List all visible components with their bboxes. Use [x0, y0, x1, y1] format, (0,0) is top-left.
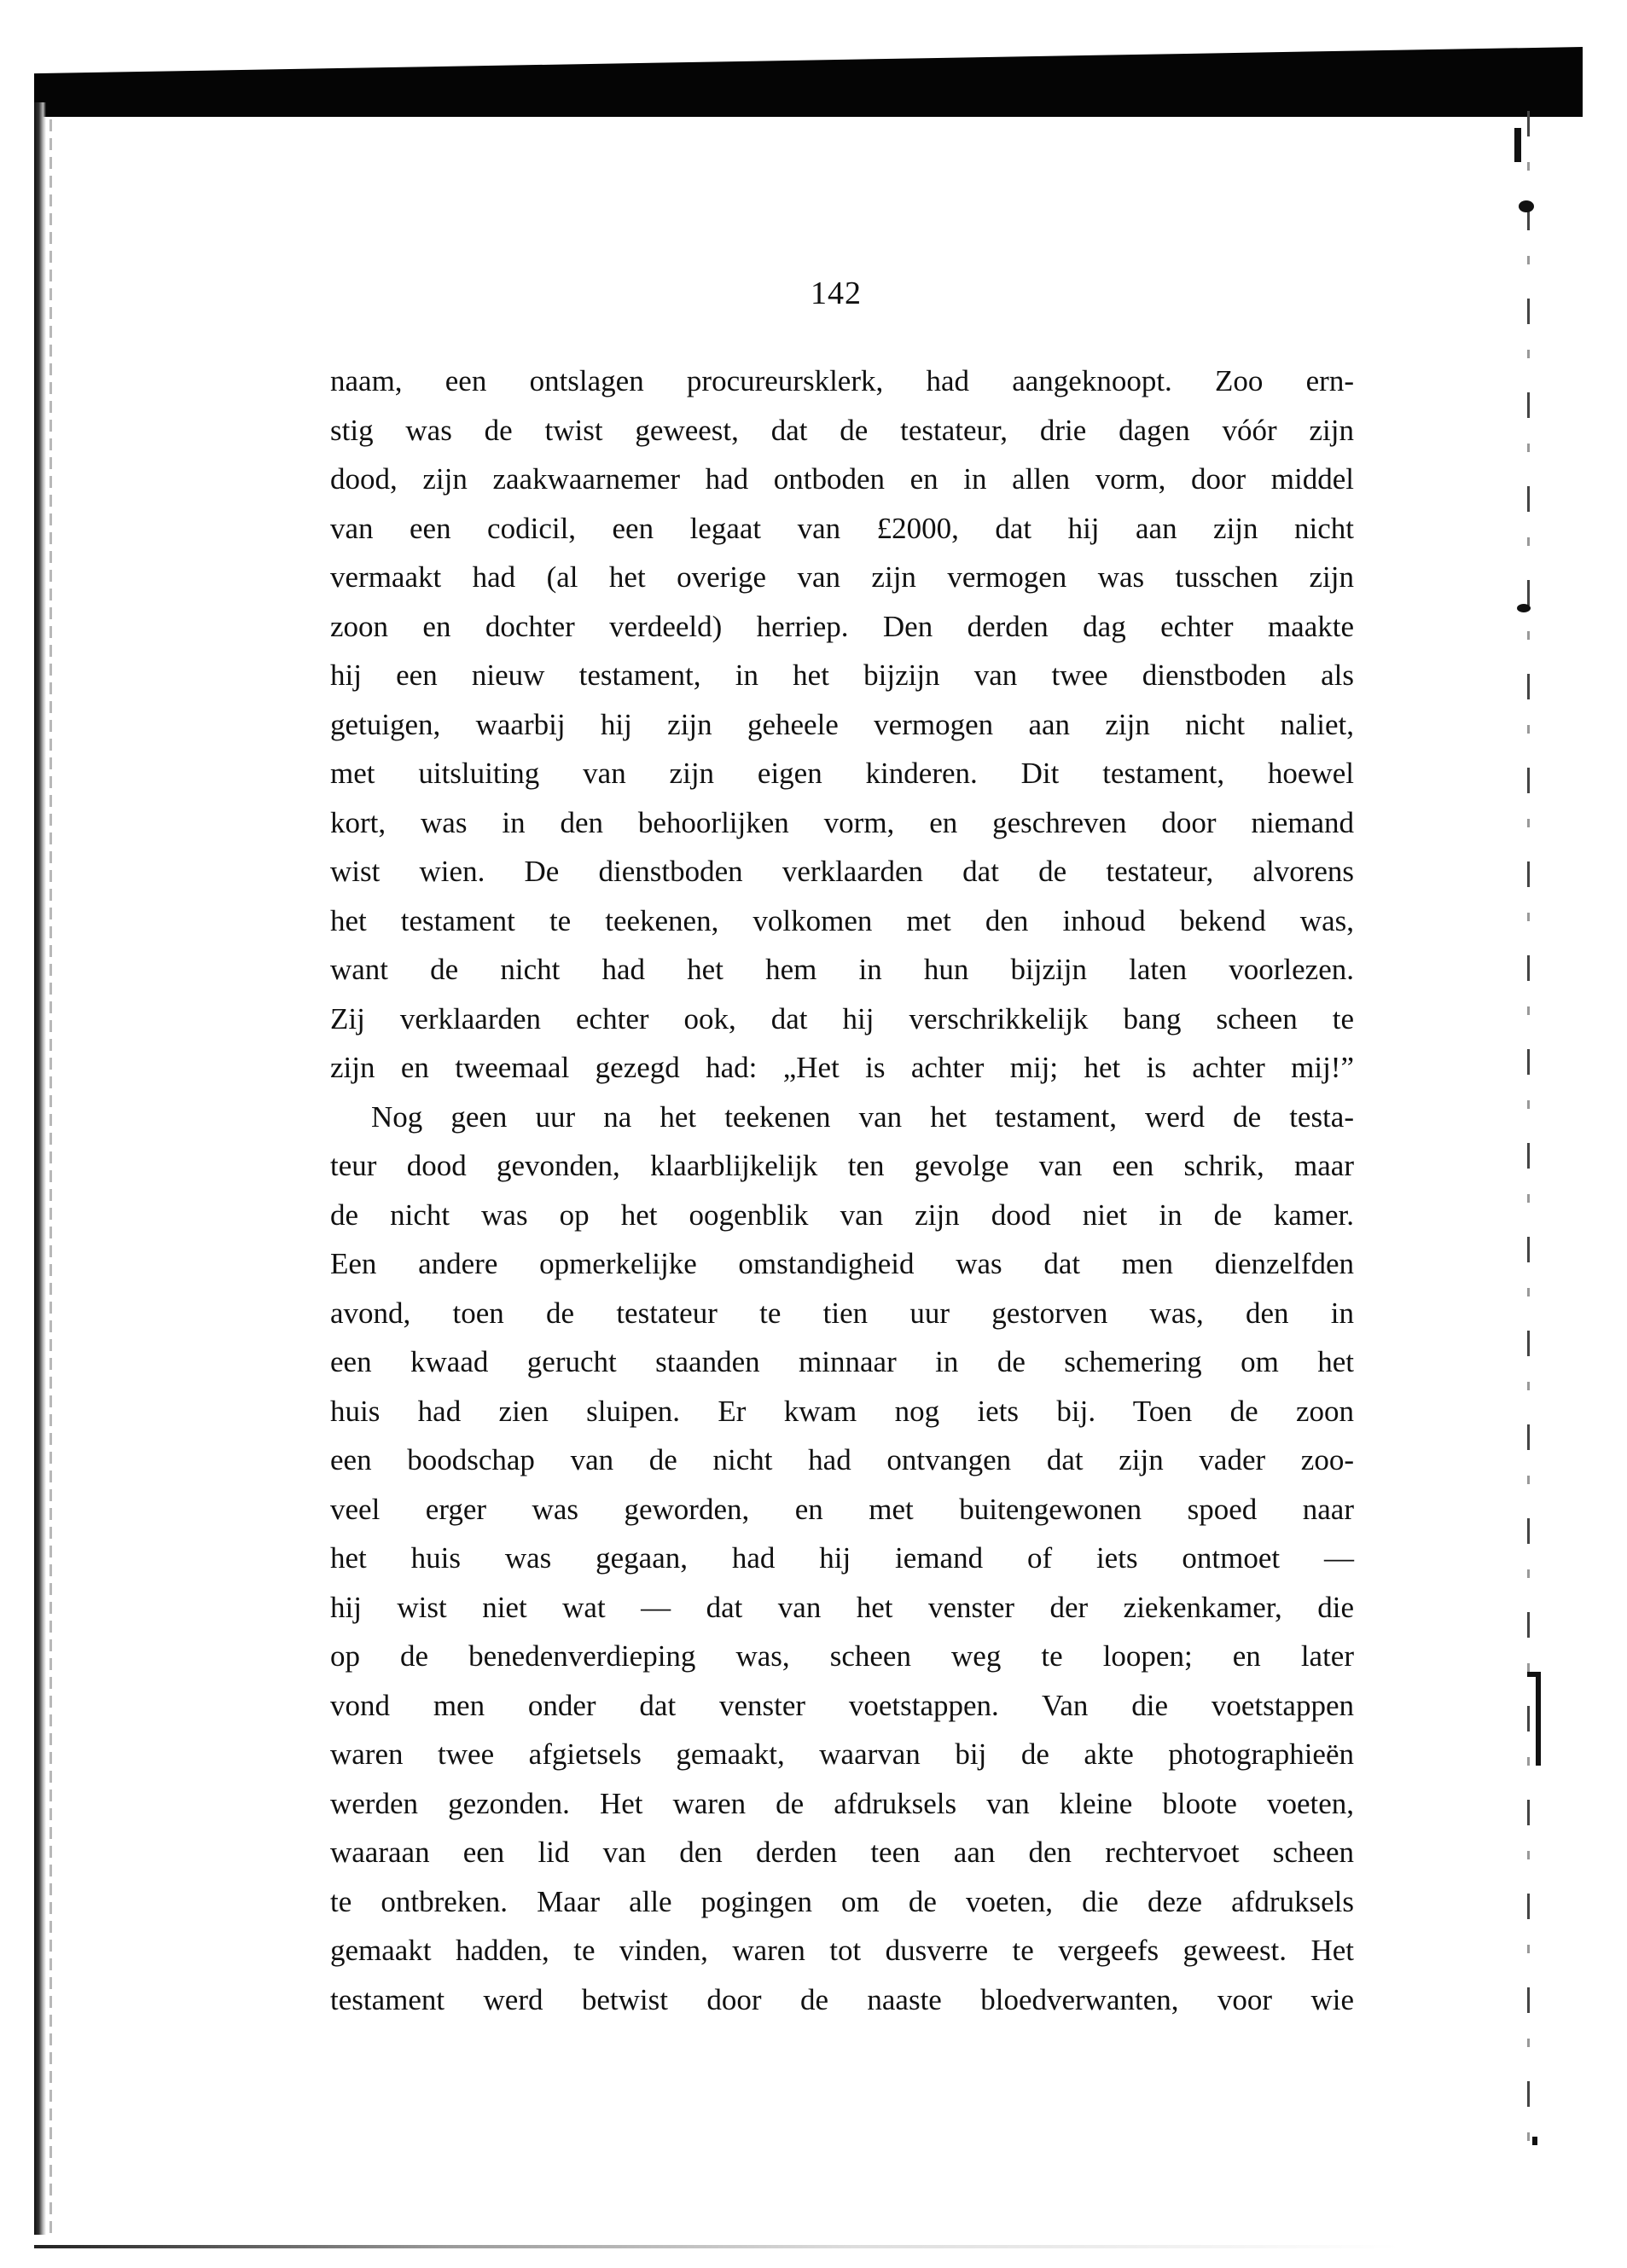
scan-border-right	[1527, 111, 1530, 2158]
text-line: Een andere opmerkelijke omstandigheid wa…	[330, 1239, 1354, 1289]
scan-border-top	[34, 47, 1583, 117]
scan-speck	[1519, 200, 1534, 212]
text-line: stig was de twist geweest, dat de testat…	[330, 406, 1354, 455]
body-text: naam, een ontslagen procureursklerk, had…	[330, 357, 1354, 2024]
scan-speck	[1532, 2137, 1537, 2145]
text-line: naam, een ontslagen procureursklerk, had…	[330, 357, 1354, 406]
text-line: dood, zijn zaakwaarnemer had ontboden en…	[330, 455, 1354, 504]
scan-speck	[1517, 604, 1531, 612]
text-line: vond men onder dat venster voetstappen. …	[330, 1681, 1354, 1731]
text-line: teur dood gevonden, klaarblijkelijk ten …	[330, 1141, 1354, 1191]
text-line: te ontbreken. Maar alle pogingen om de v…	[330, 1877, 1354, 1927]
text-line: met uitsluiting van zijn eigen kinderen.…	[330, 749, 1354, 798]
scan-border-left	[34, 102, 46, 2235]
text-line: op de benedenverdieping was, scheen weg …	[330, 1632, 1354, 1681]
scan-speck	[1536, 1672, 1541, 1766]
text-line: waaraan een lid van den derden teen aan …	[330, 1828, 1354, 1877]
text-line: het huis was gegaan, had hij iemand of i…	[330, 1534, 1354, 1583]
scan-speck	[1527, 1672, 1539, 1677]
text-line: kort, was in den behoorlijken vorm, en g…	[330, 798, 1354, 848]
text-line: werden gezonden. Het waren de afdruksels…	[330, 1779, 1354, 1829]
text-line: zoon en dochter verdeeld) herriep. Den d…	[330, 602, 1354, 652]
text-line: Zij verklaarden echter ook, dat hij vers…	[330, 995, 1354, 1044]
text-line: de nicht was op het oogenblik van zijn d…	[330, 1191, 1354, 1240]
text-line: testament werd betwist door de naaste bl…	[330, 1975, 1354, 2025]
scan-shadow-left	[49, 119, 52, 2235]
scan-speck	[1514, 128, 1521, 162]
text-line: hij een nieuw testament, in het bijzijn …	[330, 651, 1354, 700]
text-line: het testament te teekenen, volkomen met …	[330, 896, 1354, 946]
page-number: 142	[768, 275, 904, 312]
text-line: van een codicil, een legaat van £2000, d…	[330, 504, 1354, 554]
scan-border-bottom	[34, 2245, 1399, 2248]
text-line: want de nicht had het hem in hun bijzijn…	[330, 945, 1354, 995]
text-line: veel erger was geworden, en met buitenge…	[330, 1485, 1354, 1534]
text-line: getuigen, waarbij hij zijn geheele vermo…	[330, 700, 1354, 750]
text-line: zijn en tweemaal gezegd had: „Het is ach…	[330, 1043, 1354, 1093]
text-line: wist wien. De dienstboden verklaarden da…	[330, 847, 1354, 896]
text-line-paragraph-start: Nog geen uur na het teekenen van het tes…	[330, 1093, 1354, 1142]
text-line: gemaakt hadden, te vinden, waren tot dus…	[330, 1926, 1354, 1975]
text-line: een kwaad gerucht staanden minnaar in de…	[330, 1337, 1354, 1387]
text-line: hij wist niet wat — dat van het venster …	[330, 1583, 1354, 1633]
text-line: huis had zien sluipen. Er kwam nog iets …	[330, 1387, 1354, 1436]
text-line: avond, toen de testateur te tien uur ges…	[330, 1289, 1354, 1338]
text-line: een boodschap van de nicht had ontvangen…	[330, 1436, 1354, 1485]
text-line: vermaakt had (al het overige van zijn ve…	[330, 553, 1354, 602]
text-line: waren twee afgietsels gemaakt, waarvan b…	[330, 1730, 1354, 1779]
